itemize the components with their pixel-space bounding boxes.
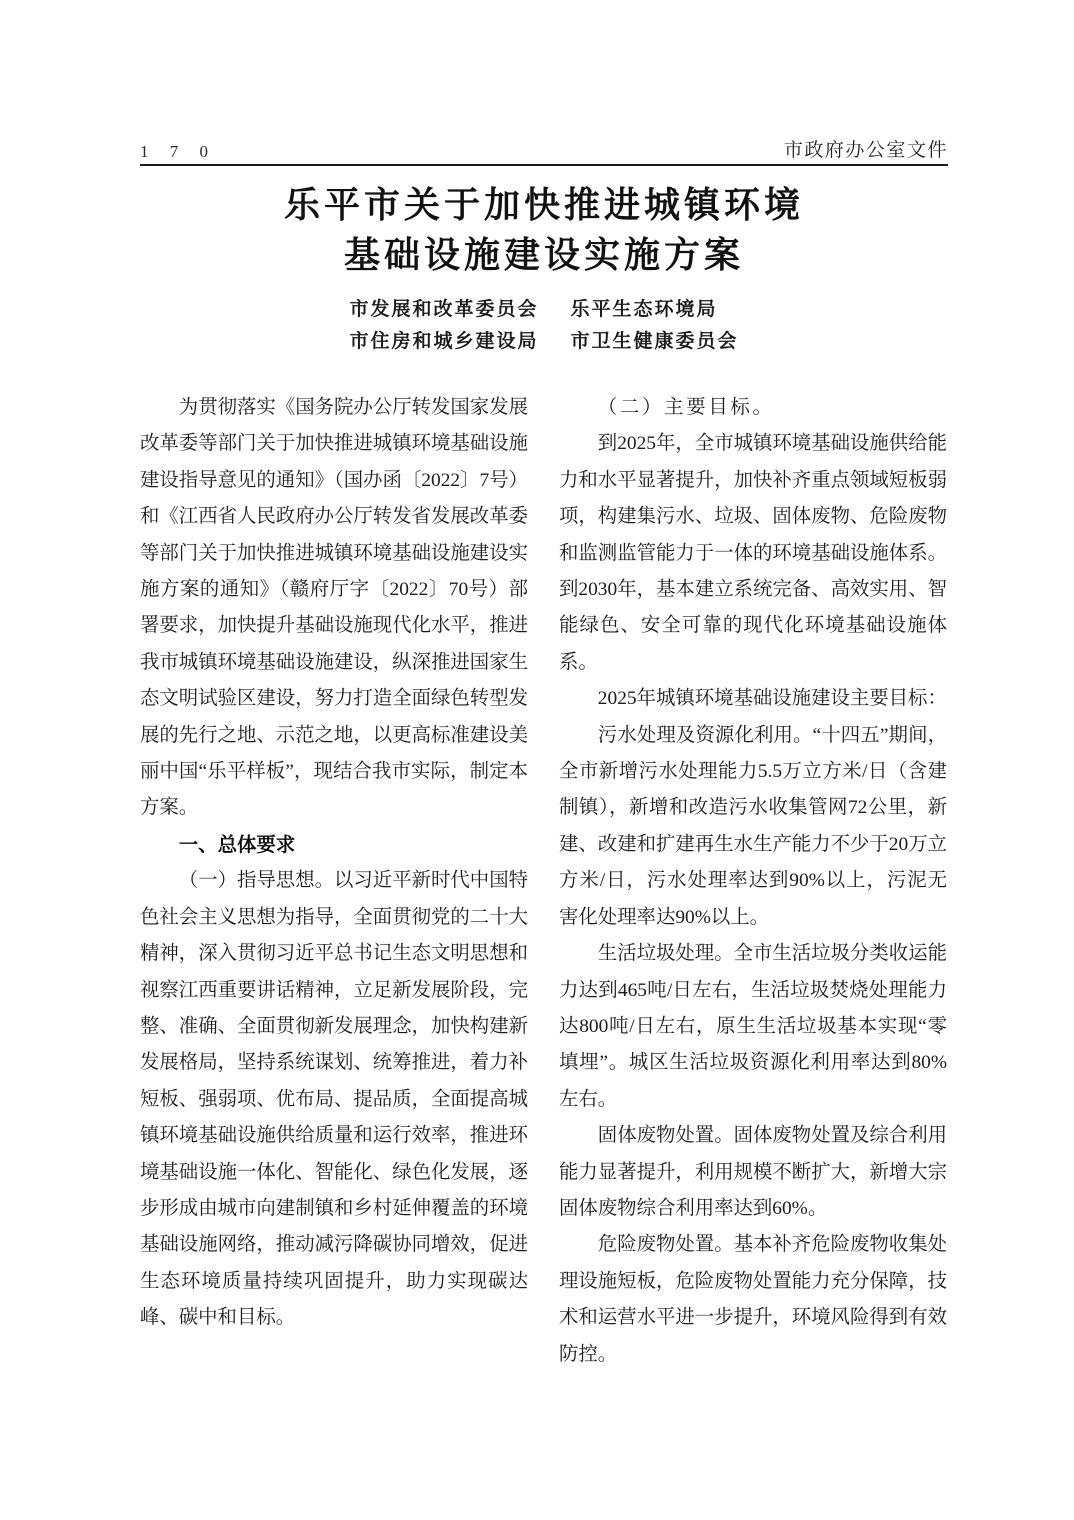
title-line-2: 基础设施建设实施方案 [140,230,948,280]
header-rule [140,164,948,166]
paragraph-goals-lead-in: 2025年城镇环境基础设施建设主要目标： [559,681,947,717]
agency-3: 市住房和城乡建设局 [349,326,538,358]
subheading-main-goals: （二）主要目标。 [559,390,947,426]
paragraph-goals-2025-2030: 到2025年，全市城镇环境基础设施供给能力和水平显著提升，加快补齐重点领域短板弱… [559,426,947,681]
document-page: 1 7 0 市政府办公室文件 乐平市关于加快推进城镇环境 基础设施建设实施方案 … [0,0,1074,1520]
paragraph-solid-waste: 固体废物处置。固体废物处置及综合利用能力显著提升，利用规模不断扩大，新增大宗固体… [559,1118,947,1227]
paragraph-household-waste: 生活垃圾处理。全市生活垃圾分类收运能力达到465吨/日左右，生活垃圾焚烧处理能力… [559,936,947,1118]
right-column: （二）主要目标。 到2025年，全市城镇环境基础设施供给能力和水平显著提升，加快… [559,390,947,1373]
left-column: 为贯彻落实《国务院办公厅转发国家发展改革委等部门关于加快推进城镇环境基础设施建设… [140,390,528,1373]
agency-2: 乐平生态环境局 [571,294,739,326]
paragraph-hazardous-waste: 危险废物处置。基本补齐危险废物收集处理设施短板，危险废物处置能力充分保障，技术和… [559,1227,947,1373]
document-body: 为贯彻落实《国务院办公厅转发国家发展改革委等部门关于加快推进城镇环境基础设施建设… [140,390,948,1373]
paragraph-sewage-treatment: 污水处理及资源化利用。“十四五”期间，全市新增污水处理能力5.5万立方米/日（含… [559,718,947,936]
page-header: 1 7 0 市政府办公室文件 [140,132,948,162]
agency-4: 市卫生健康委员会 [571,326,739,358]
document-title: 乐平市关于加快推进城镇环境 基础设施建设实施方案 [140,180,948,280]
paragraph-guiding-ideology: （一）指导思想。以习近平新时代中国特色社会主义思想为指导，全面贯彻党的二十大精神… [140,863,528,1336]
page-number: 1 7 0 [140,142,217,162]
agency-1: 市发展和改革委员会 [349,294,538,326]
paragraph-preamble: 为贯彻落实《国务院办公厅转发国家发展改革委等部门关于加快推进城镇环境基础设施建设… [140,390,528,827]
issuing-agencies: 市发展和改革委员会 乐平生态环境局 市住房和城乡建设局 市卫生健康委员会 [140,294,948,358]
header-doc-type: 市政府办公室文件 [784,135,948,162]
section-heading-overall-requirements: 一、总体要求 [140,827,528,863]
title-line-1: 乐平市关于加快推进城镇环境 [140,180,948,230]
